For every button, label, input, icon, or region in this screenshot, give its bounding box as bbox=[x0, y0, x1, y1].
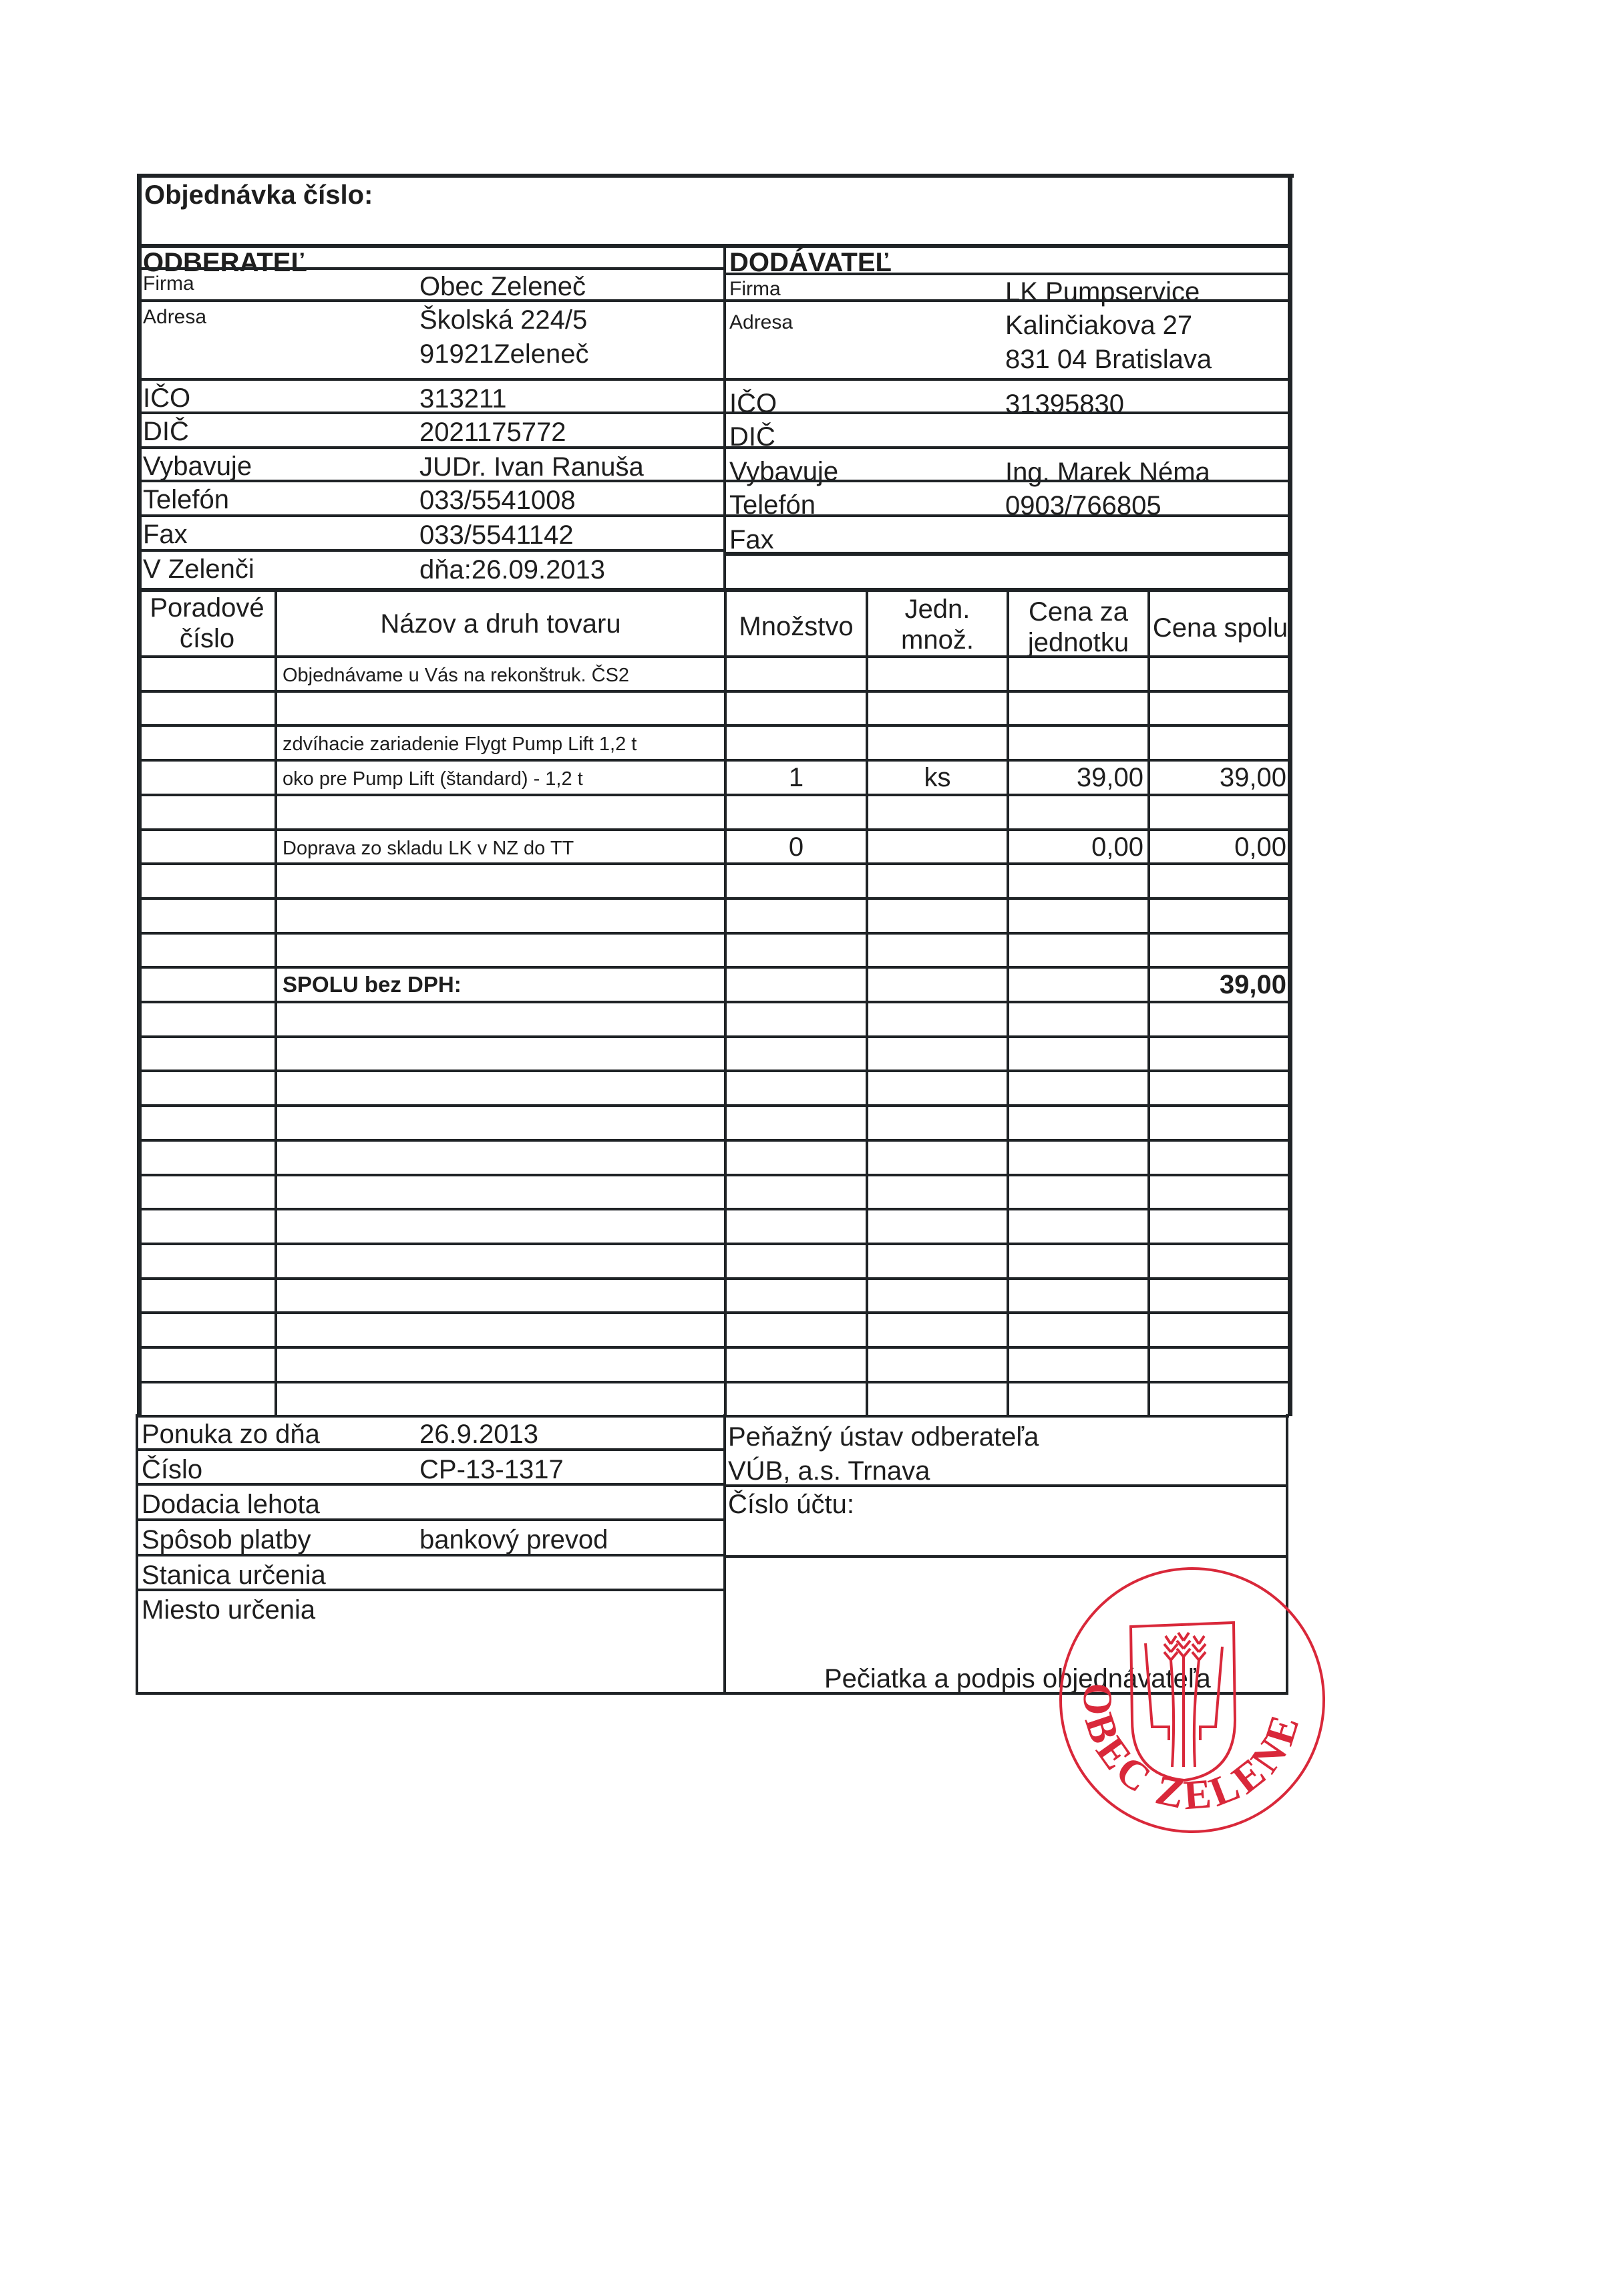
footer-row-border bbox=[137, 1448, 725, 1451]
customer-field-label-4: Vybavuje bbox=[143, 453, 252, 480]
footer-label-3: Spôsob platby bbox=[142, 1526, 311, 1553]
customer-header-border bbox=[138, 267, 725, 270]
supplier-field-row-border bbox=[725, 412, 1289, 414]
customer-field-row-border bbox=[138, 299, 725, 302]
bank-label: Peňažný ústav odberateľa bbox=[728, 1424, 1039, 1450]
supplier-fax-bottom-border bbox=[725, 552, 1289, 556]
table-row bbox=[138, 1347, 1289, 1382]
customer-field-row-border bbox=[138, 378, 725, 381]
col-header-quantity: Množstvo bbox=[725, 613, 867, 640]
col-header-unit-line2: množ. bbox=[867, 627, 1008, 653]
table-row bbox=[138, 1071, 1289, 1106]
customer-field-value-3: 2021175772 bbox=[419, 419, 566, 446]
col-header-item-name: Názov a druh tovaru bbox=[276, 611, 725, 637]
table-row bbox=[138, 1037, 1289, 1072]
customer-field-row-border bbox=[138, 480, 725, 482]
footer-label-2: Dodacia lehota bbox=[142, 1491, 320, 1518]
order-number-label: Objednávka číslo: bbox=[144, 182, 373, 208]
account-border bbox=[725, 1555, 1287, 1558]
item-name: Objednávame u Vás na rekonštruk. ČS2 bbox=[283, 666, 629, 685]
supplier-field-row-border bbox=[725, 378, 1289, 381]
official-stamp: OBEC ZELENEČ bbox=[1052, 1560, 1332, 1840]
table-row bbox=[138, 1140, 1289, 1175]
table-row bbox=[138, 1382, 1289, 1417]
col-header-unit-price-line1: Cena za bbox=[1008, 599, 1149, 625]
customer-field-value-5: 033/5541008 bbox=[419, 487, 576, 514]
customer-field-label-3: DIČ bbox=[143, 418, 189, 445]
customer-field-row-border bbox=[138, 412, 725, 414]
footer-label-5: Miesto určenia bbox=[142, 1597, 315, 1623]
item-total: 0,00 bbox=[1149, 834, 1286, 860]
footer-row-border bbox=[137, 1518, 725, 1521]
table-row bbox=[138, 1175, 1289, 1210]
item-unit-price: 0,00 bbox=[1008, 834, 1143, 860]
title-row-border bbox=[138, 244, 1292, 248]
footer-value-1: CP-13-1317 bbox=[419, 1456, 564, 1483]
supplier-field-value-1: Kalinčiakova 27 bbox=[1005, 312, 1192, 339]
col-header-order-no-line2: číslo bbox=[138, 625, 276, 652]
footer-row-border bbox=[137, 1589, 725, 1591]
table-row-border bbox=[138, 1415, 1289, 1418]
customer-field-value-0: Obec Zeleneč bbox=[419, 273, 586, 300]
footer-value-0: 26.9.2013 bbox=[419, 1421, 538, 1448]
supplier-field-label-6: Fax bbox=[729, 526, 774, 553]
supplier-header-border bbox=[725, 273, 1292, 275]
table-row bbox=[138, 864, 1289, 898]
table-row bbox=[138, 691, 1289, 726]
supplier-field-row-border bbox=[725, 480, 1289, 482]
item-quantity: 0 bbox=[725, 834, 867, 860]
customer-field-row-border bbox=[138, 514, 725, 517]
item-name: zdvíhacie zariadenie Flygt Pump Lift 1,2… bbox=[283, 735, 637, 754]
table-row bbox=[138, 795, 1289, 830]
table-row bbox=[138, 1209, 1289, 1244]
footer-label-0: Ponuka zo dňa bbox=[142, 1421, 320, 1448]
table-row bbox=[138, 898, 1289, 933]
item-unit: ks bbox=[867, 764, 1008, 791]
footer-value-3: bankový prevod bbox=[419, 1526, 608, 1553]
frame-top-border bbox=[138, 174, 1294, 178]
footer-label-1: Číslo bbox=[142, 1456, 202, 1483]
customer-field-label-0: Firma bbox=[143, 274, 194, 294]
col-header-unit-price-line2: jednotku bbox=[1008, 629, 1149, 656]
table-row bbox=[138, 1002, 1289, 1037]
table-row bbox=[138, 1106, 1289, 1140]
table-row bbox=[138, 1244, 1289, 1279]
customer-field-row-border bbox=[138, 446, 725, 449]
customer-field-label-1: Adresa bbox=[143, 307, 206, 327]
stamp-text: OBEC ZELENEČ bbox=[1052, 1560, 1309, 1818]
supplier-header: DODÁVATEĽ bbox=[729, 249, 892, 276]
customer-field-value-1: Školská 224/5 bbox=[419, 307, 587, 333]
item-quantity: 1 bbox=[725, 764, 867, 791]
col-header-order-no-line1: Poradové bbox=[138, 595, 276, 621]
customer-field-value-7: dňa:26.09.2013 bbox=[419, 556, 605, 583]
bank-value: VÚB, a.s. Trnava bbox=[728, 1458, 930, 1484]
customer-header: ODBERATEĽ bbox=[143, 249, 307, 276]
subtotal-label: SPOLU bez DPH: bbox=[283, 973, 462, 995]
supplier-field-row-border bbox=[725, 299, 1289, 302]
table-row bbox=[138, 1279, 1289, 1313]
account-number-label: Číslo účtu: bbox=[728, 1491, 854, 1518]
supplier-field-row-border bbox=[725, 514, 1289, 517]
item-total: 39,00 bbox=[1149, 764, 1286, 791]
footer-row-border bbox=[137, 1554, 725, 1556]
item-name: Doprava zo skladu LK v NZ do TT bbox=[283, 839, 574, 858]
svg-text:OBEC ZELENEČ: OBEC ZELENEČ bbox=[1052, 1560, 1309, 1818]
supplier-field-label-1: Adresa bbox=[729, 313, 793, 333]
customer-field-row-border bbox=[138, 549, 725, 552]
subtotal-value: 39,00 bbox=[1149, 971, 1286, 998]
customer-field-label-5: Telefón bbox=[143, 486, 229, 513]
footer-label-4: Stanica určenia bbox=[142, 1562, 326, 1589]
item-name: oko pre Pump Lift (štandard) - 1,2 t bbox=[283, 770, 583, 789]
col-header-total: Cena spolu bbox=[1149, 615, 1292, 641]
supplier-field-value2-1: 831 04 Bratislava bbox=[1005, 346, 1212, 373]
supplier-field-row-border bbox=[725, 446, 1289, 449]
customer-field-label-2: IČO bbox=[143, 385, 190, 412]
customer-field-value2-1: 91921Zeleneč bbox=[419, 341, 589, 367]
customer-field-value-4: JUDr. Ivan Ranuša bbox=[419, 454, 644, 480]
table-row bbox=[138, 933, 1289, 968]
customer-field-label-6: Fax bbox=[143, 521, 188, 548]
party-section-bottom-border bbox=[138, 588, 1292, 592]
bank-border bbox=[725, 1484, 1287, 1487]
party-divider bbox=[723, 246, 726, 592]
customer-field-value-6: 033/5541142 bbox=[419, 522, 574, 548]
table-row bbox=[138, 1313, 1289, 1347]
customer-field-value-2: 313211 bbox=[419, 385, 507, 412]
supplier-field-label-0: Firma bbox=[729, 279, 781, 299]
item-unit-price: 39,00 bbox=[1008, 764, 1143, 791]
col-header-unit-line1: Jedn. bbox=[867, 596, 1008, 623]
footer-row-border bbox=[137, 1483, 725, 1486]
customer-field-label-7: V Zelenči bbox=[143, 556, 254, 583]
